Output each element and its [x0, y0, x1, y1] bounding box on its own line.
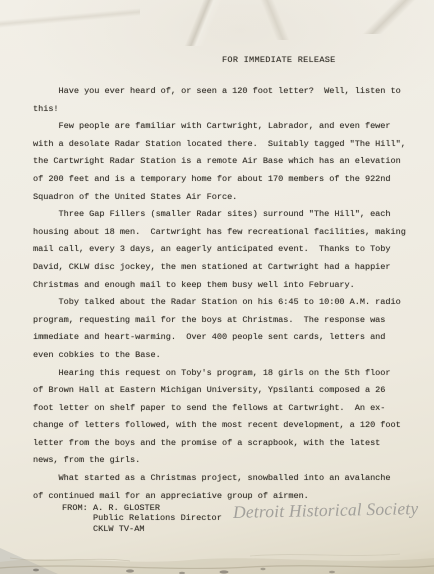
body-line: Have you ever heard of, or seen a 120 fo… — [33, 83, 406, 101]
paper-crease — [0, 8, 140, 28]
body-line: foot letter on shelf paper to send the f… — [33, 400, 406, 418]
body-line: news, from the girls. — [33, 452, 406, 470]
paper-crease — [344, 0, 434, 34]
body-line: change of letters followed, with the mos… — [33, 417, 406, 435]
body-line: What started as a Christmas project, sno… — [33, 470, 406, 488]
paper-crease — [215, 0, 335, 40]
body-line: program, requesting mail for the boys at… — [33, 312, 406, 330]
paper-edge-marks — [0, 540, 434, 574]
body-line: with a desolate Radar Station located th… — [33, 136, 406, 154]
body-line: David, CKLW disc jockey, the men station… — [33, 259, 406, 277]
from-line: CKLW TV-AM — [62, 524, 222, 534]
body-line: immediate and heart-warming. Over 400 pe… — [33, 329, 406, 347]
paper-corner-tear — [0, 548, 58, 574]
from-line: FROM: A. R. GLOSTER — [62, 503, 222, 513]
body-line: even cobkies to the Base. — [33, 347, 406, 365]
body-line: this! — [33, 101, 406, 119]
body-line: mail call, every 3 days, an eagerly anti… — [33, 241, 406, 259]
body-line: of 200 feet and is a temporary home for … — [33, 171, 406, 189]
body-line: Toby talked about the Radar Station on h… — [33, 294, 406, 312]
body-line: of Brown Hall at Eastern Michigan Univer… — [33, 382, 406, 400]
body-line: Christmas and enough mail to keep them b… — [33, 277, 406, 295]
body-line: the Cartwright Radar Station is a remote… — [33, 153, 406, 171]
body-line: Few people are familiar with Cartwright,… — [33, 118, 406, 136]
body-line: housing about 18 men. Cartwright has few… — [33, 224, 406, 242]
body-line: Hearing this request on Toby's program, … — [33, 365, 406, 383]
body-line: letter from the boys and the promise of … — [33, 435, 406, 453]
document-body: Have you ever heard of, or seen a 120 fo… — [33, 83, 406, 505]
watermark-text: Detroit Historical Society — [233, 498, 419, 523]
body-line: Three Gap Fillers (smaller Radar sites) … — [33, 206, 406, 224]
body-line: Squadron of the United States Air Force. — [33, 189, 406, 207]
paper-crease — [130, 0, 270, 46]
release-heading: FOR IMMEDIATE RELEASE — [222, 55, 336, 65]
document-page: FOR IMMEDIATE RELEASE Have you ever hear… — [0, 0, 434, 574]
from-line: Public Relations Director — [62, 513, 222, 523]
from-block: FROM: A. R. GLOSTER Public Relations Dir… — [62, 503, 222, 534]
